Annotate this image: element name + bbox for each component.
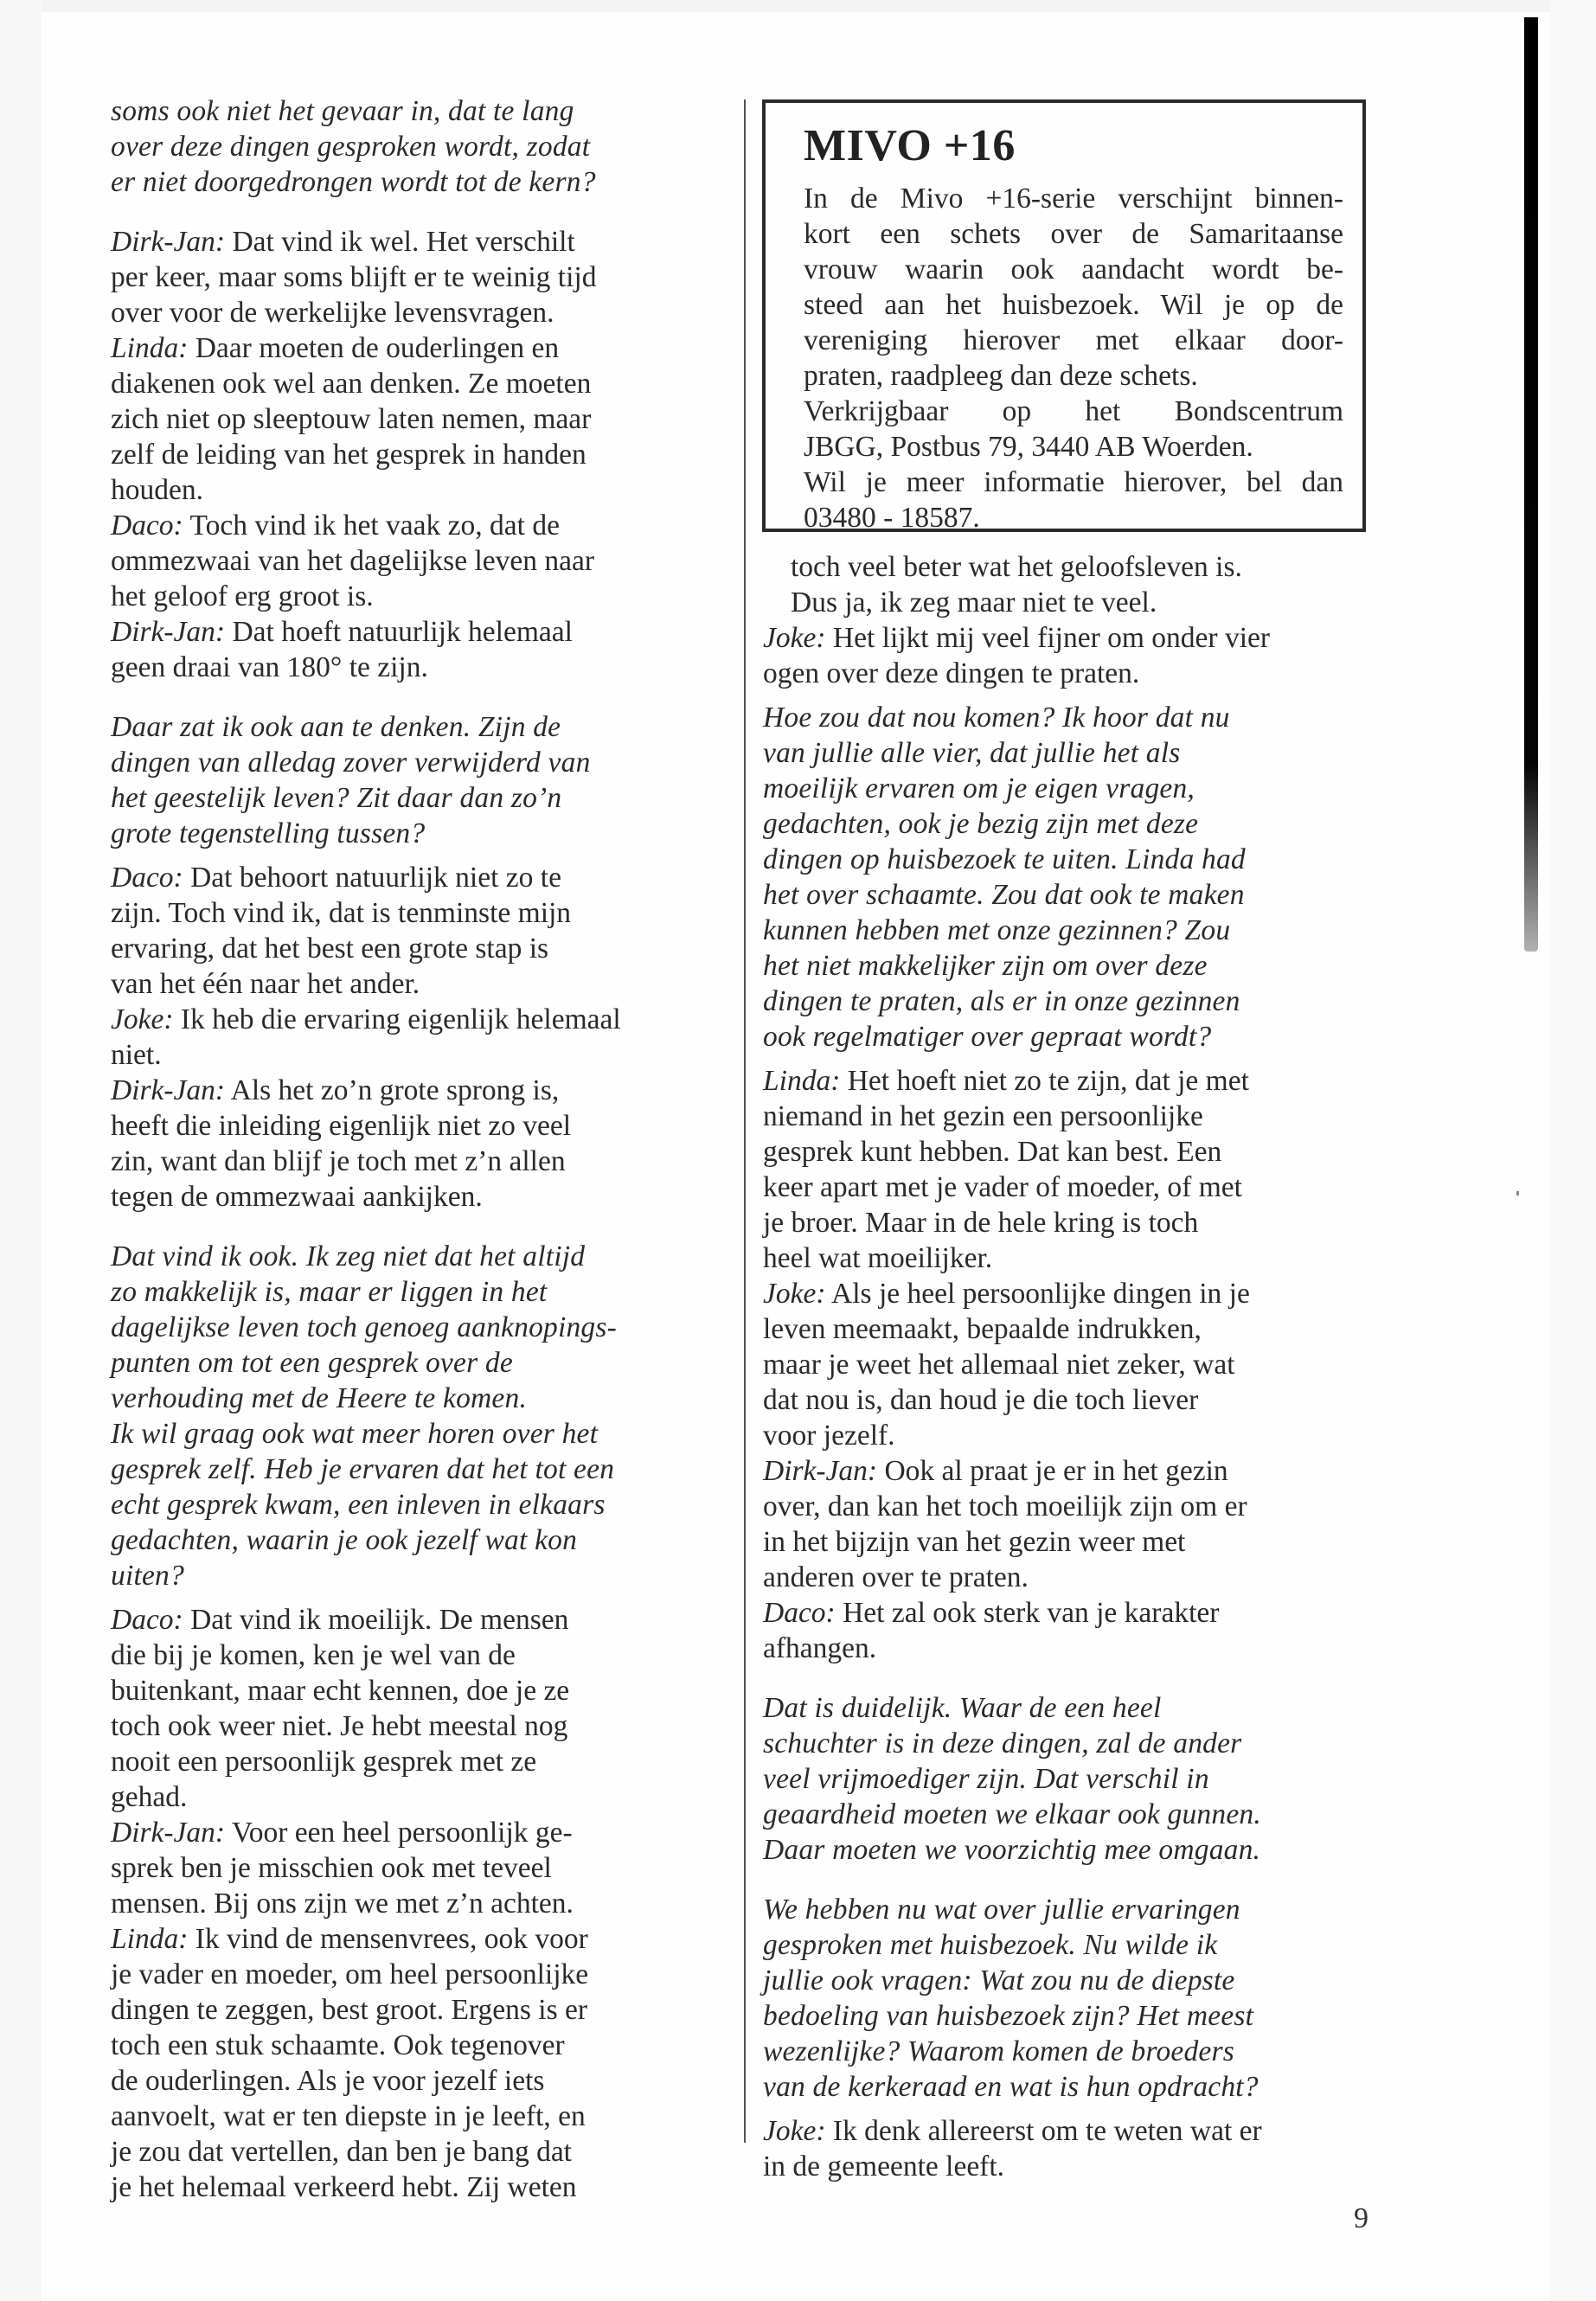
text-line: We hebben nu wat over jullie ervaringen [763,1892,1377,1927]
dialogue-turn: Linda: Ik vind de mensenvrees, ook voorj… [111,1921,735,2205]
text-line: Hoe zou dat nou komen? Ik hoor dat nu [763,700,1377,735]
speech-text: diakenen ook wel aan denken. Ze moeten [111,368,591,400]
text-line: het niet makkelijker zijn om over deze [763,948,1377,984]
text-line: van jullie alle vier, dat jullie het als [763,735,1377,771]
speaker-name: Joke: [763,1278,826,1310]
text-line: Ik wil graag ook wat meer horen over het [111,1416,735,1452]
dialogue-turn: Daco: Dat vind ik moeilijk. De mensendie… [111,1602,735,1815]
speech-text: gesprek kunt hebben. Dat kan best. Een [763,1136,1221,1168]
text-line: Verkrijgbaar op het Bondscentrum [804,394,1343,429]
speech-text: per keer, maar soms blijft er te weinig … [111,261,596,293]
speech-text: de ouderlingen. Als je voor jezelf iets [111,2065,544,2097]
speech-text: je zou dat vertellen, dan ben je bang da… [111,2136,572,2168]
speech-text: in de gemeente leeft. [763,2150,1004,2182]
text-line: wezenlijke? Waarom komen de broeders [763,2034,1377,2069]
text-line: soms ook niet het gevaar in, dat te lang [111,93,735,129]
dialogue-block: Linda: Het hoeft niet zo te zijn, dat je… [763,1063,1377,1666]
mivo-body: In de Mivo +16-serie verschijnt binnen-k… [804,181,1343,535]
interviewer-question: Daar zat ik ook aan te denken. Zijn dedi… [111,709,735,851]
text-line: 03480 - 18587. [804,500,1343,535]
speech-text: dat nou is, dan houd je die toch liever [763,1384,1198,1416]
speech-text: Dat behoort natuurlijk niet zo te [190,862,561,894]
speaker-name: Joke: [763,2115,826,2147]
speech-text: Daar moeten de ouderlingen en [195,332,559,364]
speech-text: toch ook weer niet. Je hebt meestal nog [111,1710,567,1742]
speaker-name: Daco: [111,510,183,542]
text-line: kunnen hebben met onze gezinnen? Zou [763,913,1377,948]
speech-text: keer apart met je vader of moeder, of me… [763,1171,1242,1203]
dialogue-turn: Dirk-Jan: Ook al praat je er in het gezi… [763,1453,1377,1595]
speech-text: afhangen. [763,1632,876,1664]
text-line: In de Mivo +16-serie verschijnt binnen- [804,181,1343,216]
text-line: het geestelijk leven? Zit daar dan zo’n [111,780,735,816]
speech-text: heel wat moeilijker. [763,1242,992,1274]
binder-bar-mark [1524,17,1538,952]
speech-text: mensen. Bij ons zijn we met z’n achten. [111,1888,574,1920]
text-line: praten, raadpleeg dan deze schets. [804,358,1343,394]
speech-text: niet. [111,1039,162,1071]
speech-text: ogen over deze dingen te praten. [763,657,1139,689]
scan-edge-right [1550,0,1596,2301]
text-line: Daar zat ik ook aan te denken. Zijn de [111,709,735,745]
speech-text: voor jezelf. [763,1420,895,1452]
text-line: Dat is duidelijk. Waar de een heel [763,1690,1377,1726]
column-divider [744,99,746,2143]
speech-text: over, dan kan het toch moeilijk zijn om … [763,1490,1247,1522]
speaker-name: Daco: [763,1597,836,1629]
dialogue-turn: Linda: Het hoeft niet zo te zijn, dat je… [763,1063,1377,1276]
text-line: van de kerkeraad en wat is hun opdracht? [763,2069,1377,2105]
speech-text: dingen te zeggen, best groot. Ergens is … [111,1994,587,2026]
interviewer-question: Dat vind ik ook. Ik zeg niet dat het alt… [111,1239,735,1593]
text-line: Dat vind ik ook. Ik zeg niet dat het alt… [111,1239,735,1274]
speaker-name: Joke: [111,1003,174,1035]
text-line: geaardheid moeten we elkaar ook gunnen. [763,1797,1377,1832]
speaker-name: Dirk-Jan: [111,1074,225,1106]
dialogue-continuation: toch veel beter wat het geloofsleven is.… [763,549,1377,620]
scan-edge-top [0,0,1557,12]
speech-text: maar je weet het allemaal niet zeker, wa… [763,1349,1235,1381]
interviewer-question: We hebben nu wat over jullie ervaringeng… [763,1892,1377,2105]
mivo-announcement-box: MIVO +16 In de Mivo +16-serie verschijnt… [762,99,1366,532]
speech-text: Het lijkt mij veel fijner om onder vier [833,622,1270,654]
speech-text: tegen de ommezwaai aankijken. [111,1181,483,1213]
dialogue-block: Dirk-Jan: Dat vind ik wel. Het verschilt… [111,224,735,685]
interviewer-question: Hoe zou dat nou komen? Ik hoor dat nuvan… [763,700,1377,1054]
page-number: 9 [1354,2202,1368,2236]
speech-text: aanvoelt, wat er ten diepste in je leeft… [111,2100,586,2132]
speech-text: leven meemaakt, bepaalde indrukken, [763,1313,1202,1345]
text-line: kort een schets over de Samaritaanse [804,216,1343,252]
speech-text: heeft die inleiding eigenlijk niet zo ve… [111,1110,571,1142]
speech-text: Ik vind de mensenvrees, ook voor [195,1923,588,1955]
speaker-name: Dirk-Jan: [763,1455,877,1487]
text-line: gedachten, waarin je ook jezelf wat kon [111,1522,735,1558]
text-line: vrouw waarin ook aandacht wordt be- [804,252,1343,287]
speaker-name: Linda: [763,1065,840,1097]
text-line: toch veel beter wat het geloofsleven is. [791,549,1377,585]
speech-text: Toch vind ik het vaak zo, dat de [190,510,560,542]
speech-text: Als je heel persoonlijke dingen in je [831,1278,1250,1310]
speaker-name: Daco: [111,1604,183,1636]
speech-text: Ook al praat je er in het gezin [884,1455,1227,1487]
text-line: ook regelmatiger over gepraat wordt? [763,1019,1377,1054]
speaker-name: Dirk-Jan: [111,616,225,648]
text-line: punten om tot een gesprek over de [111,1345,735,1381]
speaker-name: Dirk-Jan: [111,1817,225,1849]
dialogue-turn: Dirk-Jan: Dat vind ik wel. Het verschilt… [111,224,735,330]
text-line: er niet doorgedrongen wordt tot de kern? [111,164,735,200]
dialogue-turn: Daco: Het zal ook sterk van je karaktera… [763,1595,1377,1666]
text-line: het over schaamte. Zou dat ook te maken [763,877,1377,913]
speech-text: Ik denk allereerst om te weten wat er [833,2115,1262,2147]
speech-text: buitenkant, maar echt kennen, doe je ze [111,1675,569,1707]
text-line: dingen van alledag zover verwijderd van [111,745,735,780]
text-line: over deze dingen gesproken wordt, zodat [111,129,735,164]
speech-text: Dat vind ik wel. Het verschilt [232,226,574,258]
dialogue-turn: Dirk-Jan: Voor een heel persoonlijk ge-s… [111,1815,735,1921]
text-line: bedoeling van huisbezoek zijn? Het meest [763,1998,1377,2034]
speech-text: geen draai van 180° te zijn. [111,651,428,683]
dialogue-turn: Joke: Als je heel persoonlijke dingen in… [763,1276,1377,1453]
text-line: gesproken met huisbezoek. Nu wilde ik [763,1927,1377,1963]
text-line: dingen te praten, als er in onze gezinne… [763,984,1377,1019]
speech-text: Het hoeft niet zo te zijn, dat je met [848,1065,1249,1097]
text-line: Wil je meer informatie hierover, bel dan [804,465,1343,500]
speech-text: zin, want dan blijf je toch met z’n alle… [111,1145,566,1177]
speech-text: Ik heb die ervaring eigenlijk helemaal [181,1003,621,1035]
mivo-title: MIVO +16 [804,120,1343,172]
dialogue-block: Daco: Dat vind ik moeilijk. De mensendie… [111,1602,735,2205]
text-line: echt gesprek kwam, een inleven in elkaar… [111,1487,735,1522]
text-line: steed aan het huisbezoek. Wil je op de [804,287,1343,323]
speech-text: Dat hoeft natuurlijk helemaal [232,616,572,648]
speech-text: je vader en moeder, om heel persoonlijke [111,1958,588,1990]
dialogue-block: Daco: Dat behoort natuurlijk niet zo tez… [111,860,735,1215]
text-line: gedachten, ook je bezig zijn met deze [763,806,1377,842]
speaker-name: Dirk-Jan: [111,226,225,258]
speech-text: nooit een persoonlijk gesprek met ze [111,1746,536,1778]
speech-text: over voor de werkelijke levensvragen. [111,297,554,329]
text-line: dingen op huisbezoek te uiten. Linda had [763,842,1377,877]
text-line: verhouding met de Heere te komen. [111,1381,735,1416]
dialogue-block: Joke: Het lijkt mij veel fijner om onder… [763,620,1377,691]
speech-text: je het helemaal verkeerd hebt. Zij weten [111,2171,577,2203]
speech-text: gehad. [111,1781,187,1813]
left-column: soms ook niet het gevaar in, dat te lang… [111,93,735,2205]
interviewer-question: Dat is duidelijk. Waar de een heelschuch… [763,1690,1377,1868]
speaker-name: Joke: [763,622,826,654]
dialogue-turn: Linda: Daar moeten de ouderlingen endiak… [111,330,735,508]
speech-text: sprek ben je misschien ook met teveel [111,1852,552,1884]
speech-text: toch een stuk schaamte. Ook tegenover [111,2029,565,2061]
speaker-name: Linda: [111,1923,188,1955]
dialogue-turn: Joke: Ik heb die ervaring eigenlijk hele… [111,1002,735,1073]
speaker-name: Daco: [111,862,183,894]
speech-text: ervaring, dat het best een grote stap is [111,933,548,965]
speech-text: van het één naar het ander. [111,968,420,1000]
text-line: moeilijk ervaren om je eigen vragen, [763,771,1377,806]
text-line: JBGG, Postbus 79, 3440 AB Woerden. [804,429,1343,465]
speech-text: het geloof erg groot is. [111,580,374,612]
speech-text: zijn. Toch vind ik, dat is tenminste mij… [111,897,571,929]
text-line: Daar moeten we voorzichtig mee omgaan. [763,1832,1377,1868]
dialogue-turn: Joke: Het lijkt mij veel fijner om onder… [763,620,1377,691]
speech-text: in het bijzijn van het gezin weer met [763,1526,1185,1558]
speech-text: Dat vind ik moeilijk. De mensen [190,1604,568,1636]
text-line: zo makkelijk is, maar er liggen in het [111,1274,735,1310]
text-line: schuchter is in deze dingen, zal de ande… [763,1726,1377,1761]
text-line: grote tegenstelling tussen? [111,816,735,851]
dialogue-turn: Daco: Dat behoort natuurlijk niet zo tez… [111,860,735,1002]
speaker-name: Linda: [111,332,188,364]
speech-text: die bij je komen, ken je wel van de [111,1639,516,1671]
speech-text: houden. [111,474,203,506]
dialogue-turn: Dirk-Jan: Dat hoeft natuurlijk helemaalg… [111,614,735,685]
dialogue-block: Joke: Ik denk allereerst om te weten wat… [763,2113,1377,2184]
text-line: uiten? [111,1558,735,1593]
scan-speck [1516,1191,1519,1195]
text-line: dagelijkse leven toch genoeg aanknopings… [111,1310,735,1345]
text-line: veel vrijmoediger zijn. Dat verschil in [763,1761,1377,1797]
speech-text: zelf de leiding van het gesprek in hande… [111,439,586,471]
dialogue-turn: Daco: Toch vind ik het vaak zo, dat deom… [111,508,735,614]
speech-text: Voor een heel persoonlijk ge- [232,1817,573,1849]
scan-edge-left [0,0,42,2301]
text-line: gesprek zelf. Heb je ervaren dat het tot… [111,1452,735,1487]
text-line: jullie ook vragen: Wat zou nu de diepste [763,1963,1377,1998]
dialogue-turn: Dirk-Jan: Als het zo’n grote sprong is,h… [111,1073,735,1215]
speech-text: ommezwaai van het dagelijkse leven naar [111,545,594,577]
dialogue-turn: Joke: Ik denk allereerst om te weten wat… [763,2113,1377,2184]
interviewer-question: soms ook niet het gevaar in, dat te lang… [111,93,735,200]
speech-text: Als het zo’n grote sprong is, [231,1074,560,1106]
text-line: vereniging hierover met elkaar door- [804,323,1343,358]
speech-text: niemand in het gezin een persoonlijke [763,1100,1203,1132]
speech-text: anderen over te praten. [763,1561,1029,1593]
text-line: Dus ja, ik zeg maar niet te veel. [791,585,1377,620]
speech-text: Het zal ook sterk van je karakter [843,1597,1219,1629]
speech-text: zich niet op sleeptouw laten nemen, maar [111,403,591,435]
right-column-top: toch veel beter wat het geloofsleven is.… [763,549,1377,2184]
speech-text: je broer. Maar in de hele kring is toch [763,1207,1198,1239]
